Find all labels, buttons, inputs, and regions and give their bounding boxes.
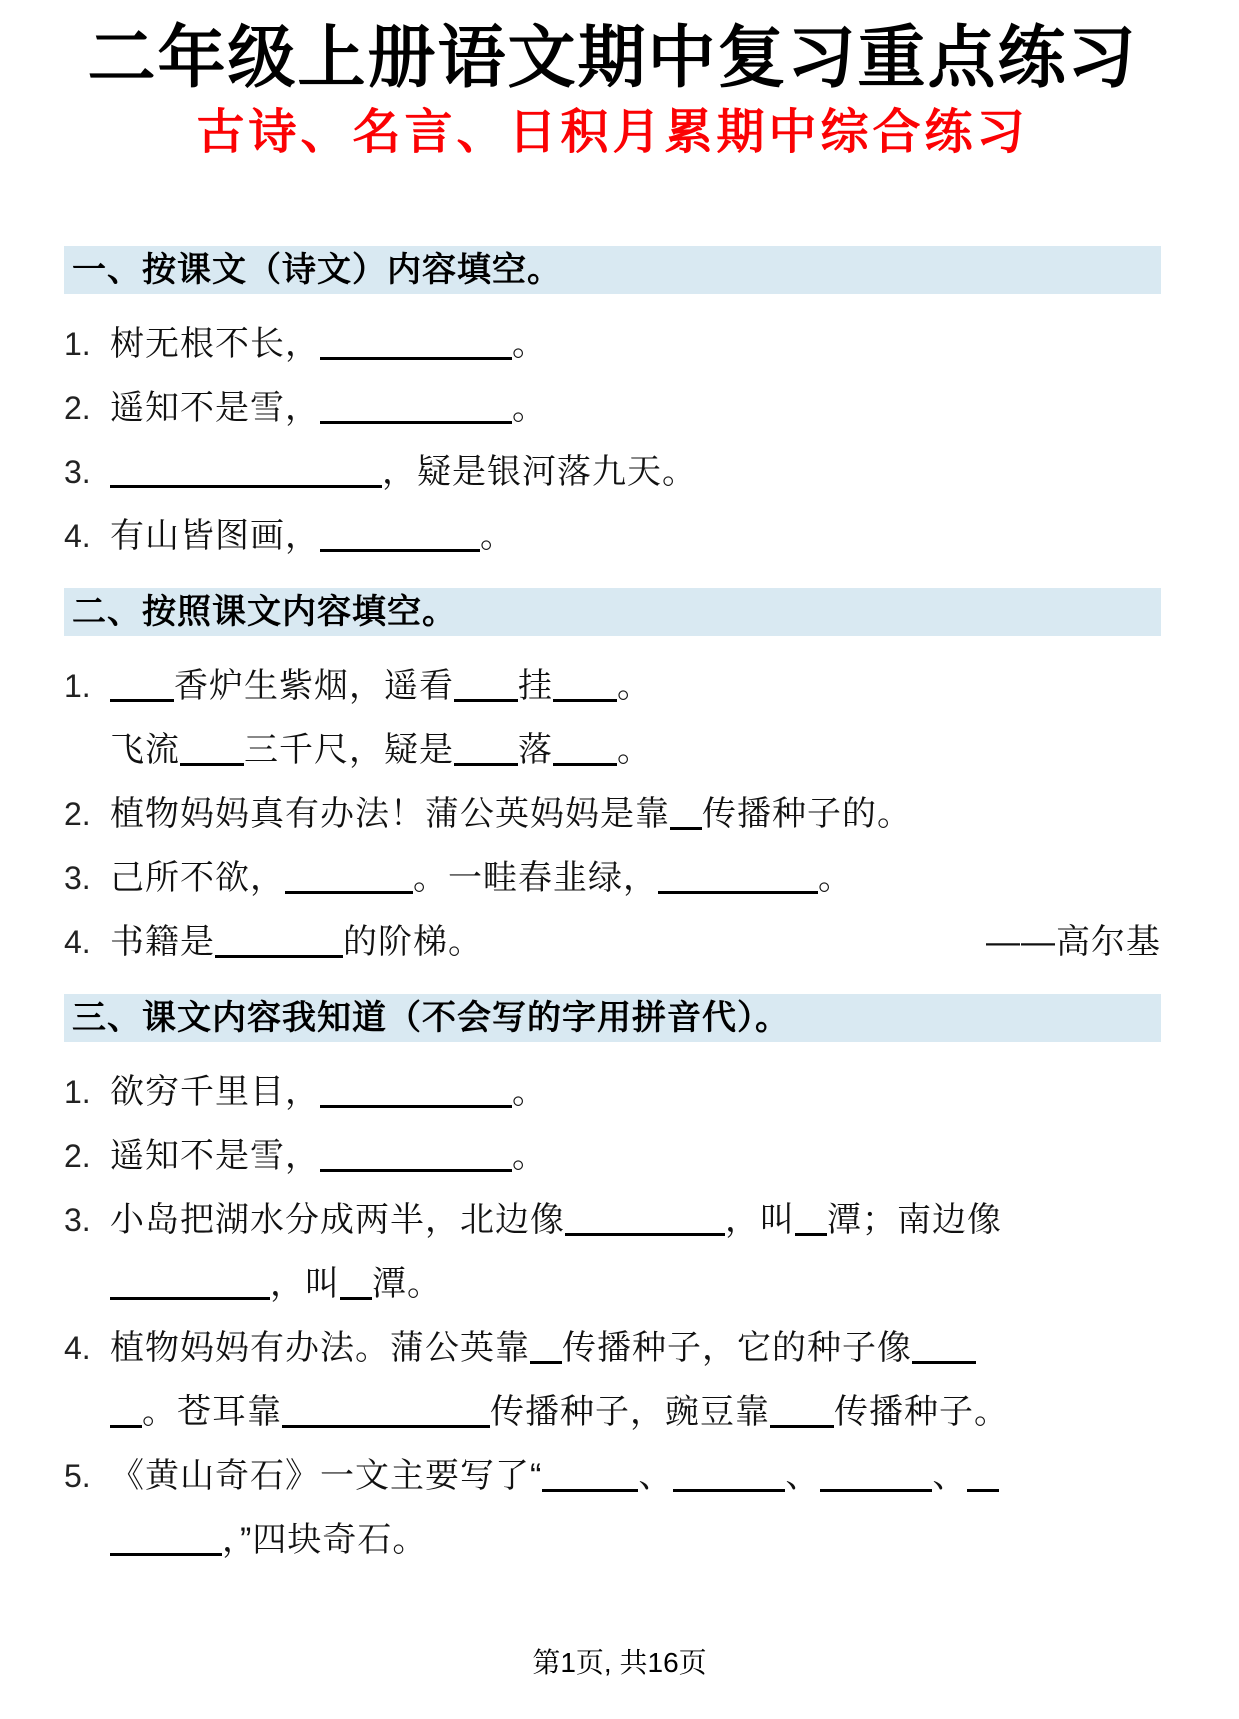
- section-heading: 一、按课文（诗文）内容填空。: [64, 246, 1161, 294]
- item-number: 5.: [64, 1444, 110, 1508]
- blank-line: [912, 1335, 976, 1364]
- blank-line: [180, 737, 244, 766]
- sections: 一、按课文（诗文）内容填空。1.树无根不长，。2.遥知不是雪，。3.，疑是银河落…: [64, 246, 1161, 1592]
- worksheet-item: 3.己所不欲，。一畦春韭绿，。: [64, 846, 1161, 910]
- blank-line: [565, 1207, 725, 1236]
- section-heading: 二、按照课文内容填空。: [64, 588, 1161, 636]
- item-number: 1.: [64, 1060, 110, 1124]
- item-content: 书籍是的阶梯。——高尔基: [110, 910, 1161, 974]
- item-number: 2.: [64, 1124, 110, 1188]
- item-line: 植物妈妈真有办法！蒲公英妈妈是靠传播种子的。: [110, 782, 1161, 846]
- blank-line: [320, 1079, 512, 1108]
- attribution: ——高尔基: [986, 910, 1161, 974]
- blank-line: [110, 673, 174, 702]
- blank-line: [110, 1399, 142, 1428]
- blank-line: [770, 1399, 834, 1428]
- worksheet-item: 1.香炉生紫烟，遥看挂。飞流三千尺，疑是落。: [64, 654, 1161, 782]
- item-content: 《黄山奇石》一文主要写了“、、、，”四块奇石。: [110, 1444, 1161, 1572]
- item-content: 树无根不长，。: [110, 312, 1161, 376]
- item-content: 有山皆图画，。: [110, 504, 1161, 568]
- item-number: 1.: [64, 312, 110, 376]
- item-line: 己所不欲，。一畦春韭绿，。: [110, 846, 1161, 910]
- item-content: 植物妈妈有办法。蒲公英靠传播种子，它的种子像。苍耳靠传播种子，豌豆靠传播种子。: [110, 1316, 1161, 1444]
- item-number: 3.: [64, 846, 110, 910]
- item-content: 香炉生紫烟，遥看挂。飞流三千尺，疑是落。: [110, 654, 1161, 782]
- blank-line: [320, 523, 480, 552]
- blank-line: [110, 459, 382, 488]
- worksheet-item: 3.，疑是银河落九天。: [64, 440, 1161, 504]
- worksheet-item: 2.植物妈妈真有办法！蒲公英妈妈是靠传播种子的。: [64, 782, 1161, 846]
- worksheet-item: 4.植物妈妈有办法。蒲公英靠传播种子，它的种子像。苍耳靠传播种子，豌豆靠传播种子…: [64, 1316, 1161, 1444]
- item-number: 3.: [64, 440, 110, 504]
- blank-line: [658, 865, 818, 894]
- blank-line: [320, 395, 512, 424]
- worksheet-item: 5.《黄山奇石》一文主要写了“、、、，”四块奇石。: [64, 1444, 1161, 1572]
- item-content: 小岛把湖水分成两半，北边像，叫潭；南边像，叫潭。: [110, 1188, 1161, 1316]
- worksheet-page: 二年级上册语文期中复习重点练习 古诗、名言、日积月累期中综合练习 一、按课文（诗…: [0, 0, 1239, 1719]
- page-subtitle: 古诗、名言、日积月累期中综合练习: [64, 104, 1161, 162]
- item-line: 《黄山奇石》一文主要写了“、、、: [110, 1444, 1161, 1508]
- item-number: 1.: [64, 654, 110, 718]
- blank-line: [530, 1335, 562, 1364]
- worksheet-item: 1.欲穷千里目，。: [64, 1060, 1161, 1124]
- blank-line: [553, 673, 617, 702]
- worksheet-item: 3.小岛把湖水分成两半，北边像，叫潭；南边像，叫潭。: [64, 1188, 1161, 1316]
- item-line: 有山皆图画，。: [110, 504, 1161, 568]
- page-footer: 第1页, 共16页: [0, 1641, 1239, 1681]
- item-content: 植物妈妈真有办法！蒲公英妈妈是靠传播种子的。: [110, 782, 1161, 846]
- item-number: 2.: [64, 782, 110, 846]
- item-line: 遥知不是雪，。: [110, 1124, 1161, 1188]
- worksheet-item: 2.遥知不是雪，。: [64, 376, 1161, 440]
- blank-line: [285, 865, 413, 894]
- blank-line: [673, 1463, 785, 1492]
- item-content: 遥知不是雪，。: [110, 1124, 1161, 1188]
- item-content: 欲穷千里目，。: [110, 1060, 1161, 1124]
- item-line: 香炉生紫烟，遥看挂。: [110, 654, 1161, 718]
- blank-line: [340, 1271, 372, 1300]
- blank-line: [282, 1399, 490, 1428]
- blank-line: [967, 1463, 999, 1492]
- item-number: 4.: [64, 910, 110, 974]
- item-line: 树无根不长，。: [110, 312, 1161, 376]
- section-items: 1.香炉生紫烟，遥看挂。飞流三千尺，疑是落。2.植物妈妈真有办法！蒲公英妈妈是靠…: [64, 636, 1161, 994]
- blank-line: [320, 1143, 512, 1172]
- blank-line: [215, 929, 343, 958]
- worksheet-item: 4.有山皆图画，。: [64, 504, 1161, 568]
- item-line: 飞流三千尺，疑是落。: [110, 718, 1161, 782]
- page-title: 二年级上册语文期中复习重点练习: [64, 18, 1161, 98]
- section-heading: 三、课文内容我知道（不会写的字用拼音代）。: [64, 994, 1161, 1042]
- section-items: 1.欲穷千里目，。2.遥知不是雪，。3.小岛把湖水分成两半，北边像，叫潭；南边像…: [64, 1042, 1161, 1592]
- worksheet-item: 4.书籍是的阶梯。——高尔基: [64, 910, 1161, 974]
- item-line: 遥知不是雪，。: [110, 376, 1161, 440]
- blank-line: [320, 331, 512, 360]
- item-line: 欲穷千里目，。: [110, 1060, 1161, 1124]
- blank-line: [670, 801, 702, 830]
- blank-line: [553, 737, 617, 766]
- item-number: 4.: [64, 1316, 110, 1380]
- item-content: 遥知不是雪，。: [110, 376, 1161, 440]
- blank-line: [542, 1463, 638, 1492]
- item-line: ，”四块奇石。: [110, 1508, 1161, 1572]
- item-line: ，叫潭。: [110, 1252, 1161, 1316]
- blank-line: [820, 1463, 932, 1492]
- worksheet-item: 2.遥知不是雪，。: [64, 1124, 1161, 1188]
- blank-line: [110, 1271, 270, 1300]
- worksheet-item: 1.树无根不长，。: [64, 312, 1161, 376]
- blank-line: [454, 737, 518, 766]
- blank-line: [110, 1527, 222, 1556]
- item-line: 小岛把湖水分成两半，北边像，叫潭；南边像: [110, 1188, 1161, 1252]
- section-items: 1.树无根不长，。2.遥知不是雪，。3.，疑是银河落九天。4.有山皆图画，。: [64, 294, 1161, 588]
- item-line: 书籍是的阶梯。——高尔基: [110, 910, 1161, 974]
- item-number: 4.: [64, 504, 110, 568]
- item-line: 。苍耳靠传播种子，豌豆靠传播种子。: [110, 1380, 1161, 1444]
- item-number: 3.: [64, 1188, 110, 1252]
- blank-line: [795, 1207, 827, 1236]
- item-number: 2.: [64, 376, 110, 440]
- item-line: ，疑是银河落九天。: [110, 440, 1161, 504]
- blank-line: [454, 673, 518, 702]
- item-line: 植物妈妈有办法。蒲公英靠传播种子，它的种子像: [110, 1316, 1161, 1380]
- item-content: 己所不欲，。一畦春韭绿，。: [110, 846, 1161, 910]
- item-content: ，疑是银河落九天。: [110, 440, 1161, 504]
